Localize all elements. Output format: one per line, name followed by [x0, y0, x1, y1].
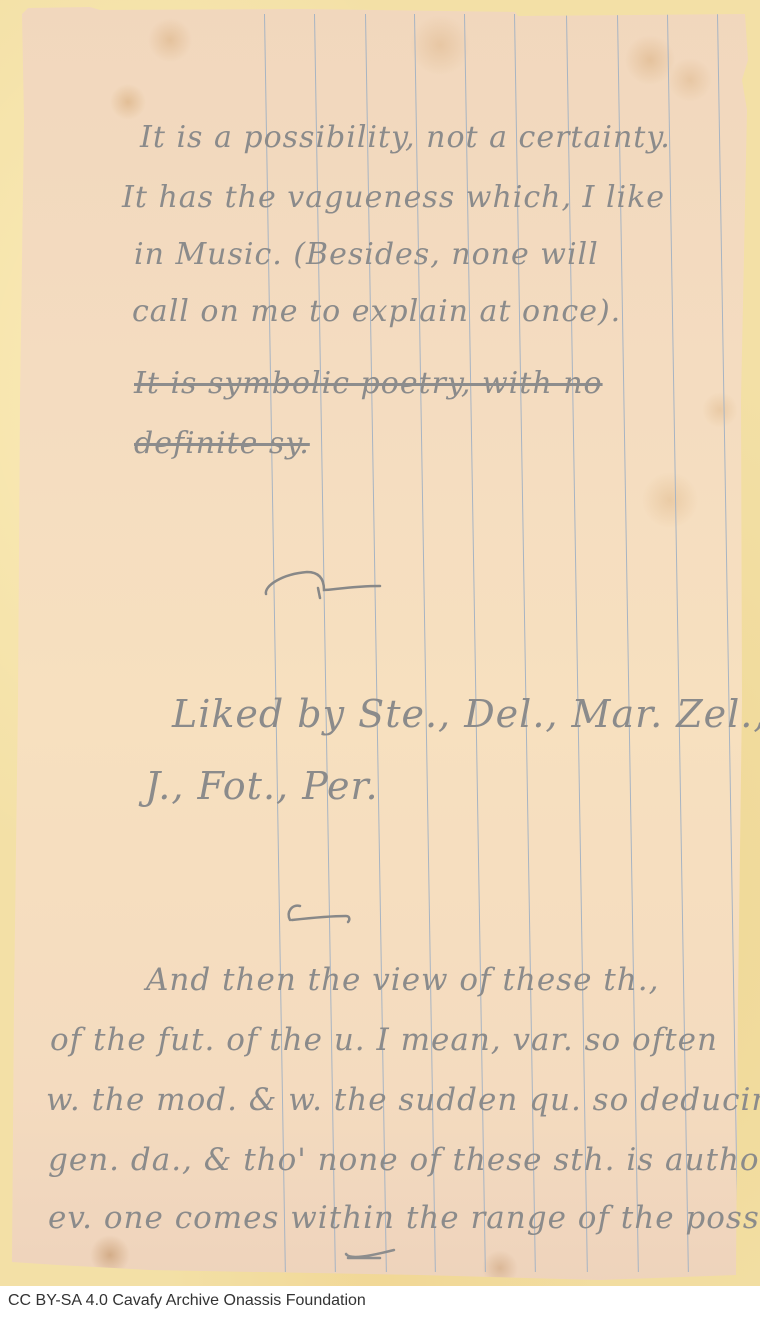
struck-through-line: definite sy. [134, 426, 310, 461]
handwritten-line: w. the mod. & w. the sudden qu. so deduc… [46, 1082, 760, 1118]
separator-flourish [280, 898, 360, 928]
handwritten-line: call on me to explain at once). [132, 294, 621, 329]
handwritten-line: It is a possibility, not a certainty. [140, 120, 671, 155]
handwritten-line: ev. one comes within the range of the po… [48, 1200, 760, 1236]
handwritten-line: of the fut. of the u. I mean, var. so of… [50, 1022, 718, 1058]
closing-flourish [340, 1244, 400, 1264]
handwritten-line: And then the view of these th., [146, 962, 659, 998]
handwritten-line: Liked by Ste., Del., Mar. Zel., [172, 692, 760, 736]
separator-flourish [262, 566, 382, 606]
handwritten-line: J., Fot., Per. [145, 764, 379, 808]
license-caption: CC BY-SA 4.0 Cavafy Archive Onassis Foun… [8, 1292, 366, 1310]
handwritten-line: gen. da., & tho' none of these sth. is a… [48, 1142, 760, 1178]
handwritten-line: in Music. (Besides, none will [134, 237, 599, 272]
handwritten-line: It has the vagueness which, I like [122, 180, 665, 215]
struck-through-line: It is symbolic poetry, with no [134, 366, 603, 401]
